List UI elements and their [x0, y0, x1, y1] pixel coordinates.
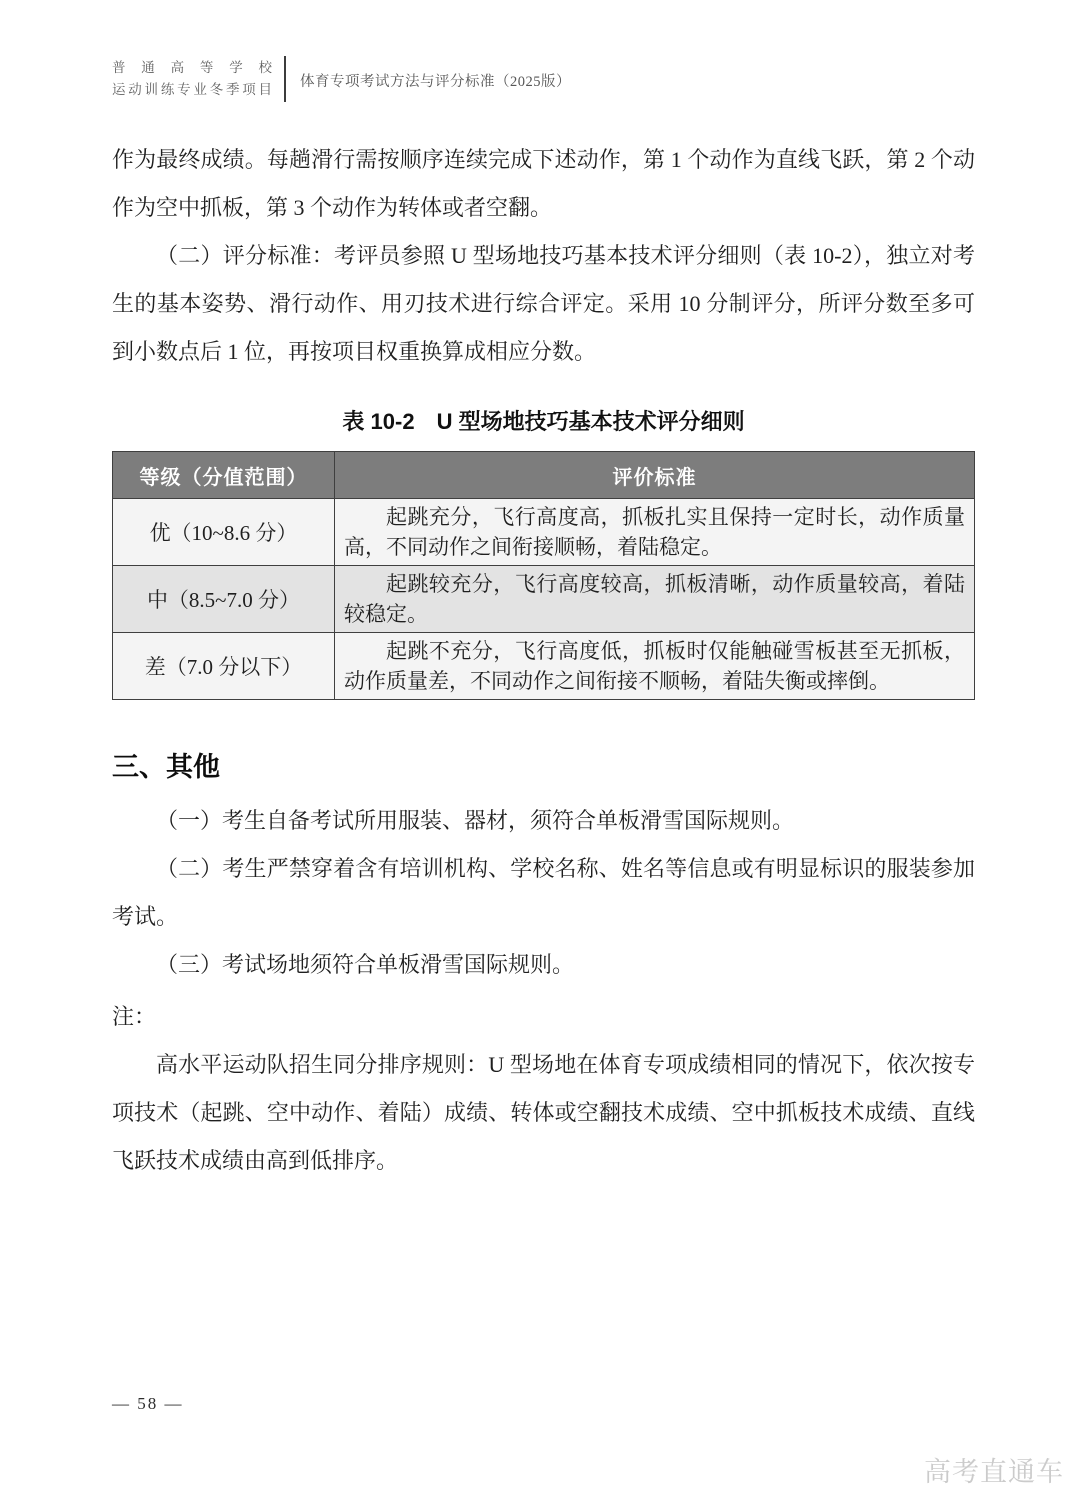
criteria-text: 起跳充分，飞行高度高，抓板扎实且保持一定时长，动作质量高，不同动作之间衔接顺畅，… [344, 502, 965, 562]
page-number: — 58 — [112, 1394, 184, 1414]
other-item-1: （一）考生自备考试所用服装、器材，须符合单板滑雪国际规则。 [112, 797, 975, 845]
table-row: 差（7.0 分以下） 起跳不充分，飞行高度低，抓板时仅能触碰雪板甚至无抓板，动作… [113, 633, 975, 700]
grade-cell-medium: 中（8.5~7.0 分） [113, 566, 335, 633]
paragraph-scoring-standard: （二）评分标准：考评员参照 U 型场地技巧基本技术评分细则（表 10-2），独立… [112, 232, 975, 376]
header-doc-title: 体育专项考试方法与评分标准（2025版） [300, 56, 571, 91]
page-header: 普通高等学校 运动训练专业冬季项目 体育专项考试方法与评分标准（2025版） [112, 56, 571, 102]
table-row: 中（8.5~7.0 分） 起跳较充分，飞行高度较高，抓板清晰，动作质量较高，着陆… [113, 566, 975, 633]
note-text: 高水平运动队招生同分排序规则：U 型场地在体育专项成绩相同的情况下，依次按专项技… [112, 1041, 975, 1185]
header-series-line2: 运动训练专业冬季项目 [112, 79, 272, 101]
document-page: 普通高等学校 运动训练专业冬季项目 体育专项考试方法与评分标准（2025版） 作… [0, 0, 1080, 1505]
header-series-title: 普通高等学校 运动训练专业冬季项目 [112, 57, 272, 101]
grade-cell-excellent: 优（10~8.6 分） [113, 499, 335, 566]
grade-cell-poor: 差（7.0 分以下） [113, 633, 335, 700]
criteria-cell-excellent: 起跳充分，飞行高度高，抓板扎实且保持一定时长，动作质量高，不同动作之间衔接顺畅，… [335, 499, 975, 566]
watermark-text: 高考直通车 [924, 1450, 1064, 1489]
note-label: 注： [112, 993, 975, 1041]
header-series-line1: 普通高等学校 [112, 57, 272, 79]
table-caption: 表 10-2 U 型场地技巧基本技术评分细则 [112, 406, 975, 438]
table-header-criteria: 评价标准 [335, 452, 975, 499]
main-content: 作为最终成绩。每趟滑行需按顺序连续完成下述动作，第 1 个动作为直线飞跃，第 2… [112, 136, 975, 1185]
other-item-2: （二）考生严禁穿着含有培训机构、学校名称、姓名等信息或有明显标识的服装参加考试。 [112, 845, 975, 941]
criteria-cell-poor: 起跳不充分，飞行高度低，抓板时仅能触碰雪板甚至无抓板，动作质量差，不同动作之间衔… [335, 633, 975, 700]
other-item-3: （三）考试场地须符合单板滑雪国际规则。 [112, 941, 975, 989]
criteria-text: 起跳不充分，飞行高度低，抓板时仅能触碰雪板甚至无抓板，动作质量差，不同动作之间衔… [344, 636, 965, 696]
criteria-text: 起跳较充分，飞行高度较高，抓板清晰，动作质量较高，着陆较稳定。 [344, 569, 965, 629]
header-divider [284, 56, 286, 102]
table-row: 优（10~8.6 分） 起跳充分，飞行高度高，抓板扎实且保持一定时长，动作质量高… [113, 499, 975, 566]
paragraph-continued: 作为最终成绩。每趟滑行需按顺序连续完成下述动作，第 1 个动作为直线飞跃，第 2… [112, 136, 975, 232]
criteria-cell-medium: 起跳较充分，飞行高度较高，抓板清晰，动作质量较高，着陆较稳定。 [335, 566, 975, 633]
table-header-row: 等级（分值范围） 评价标准 [113, 452, 975, 499]
section-heading-other: 三、其他 [112, 749, 975, 785]
scoring-table: 等级（分值范围） 评价标准 优（10~8.6 分） 起跳充分，飞行高度高，抓板扎… [112, 451, 975, 700]
other-items: （一）考生自备考试所用服装、器材，须符合单板滑雪国际规则。 （二）考生严禁穿着含… [112, 797, 975, 989]
table-header-grade: 等级（分值范围） [113, 452, 335, 499]
